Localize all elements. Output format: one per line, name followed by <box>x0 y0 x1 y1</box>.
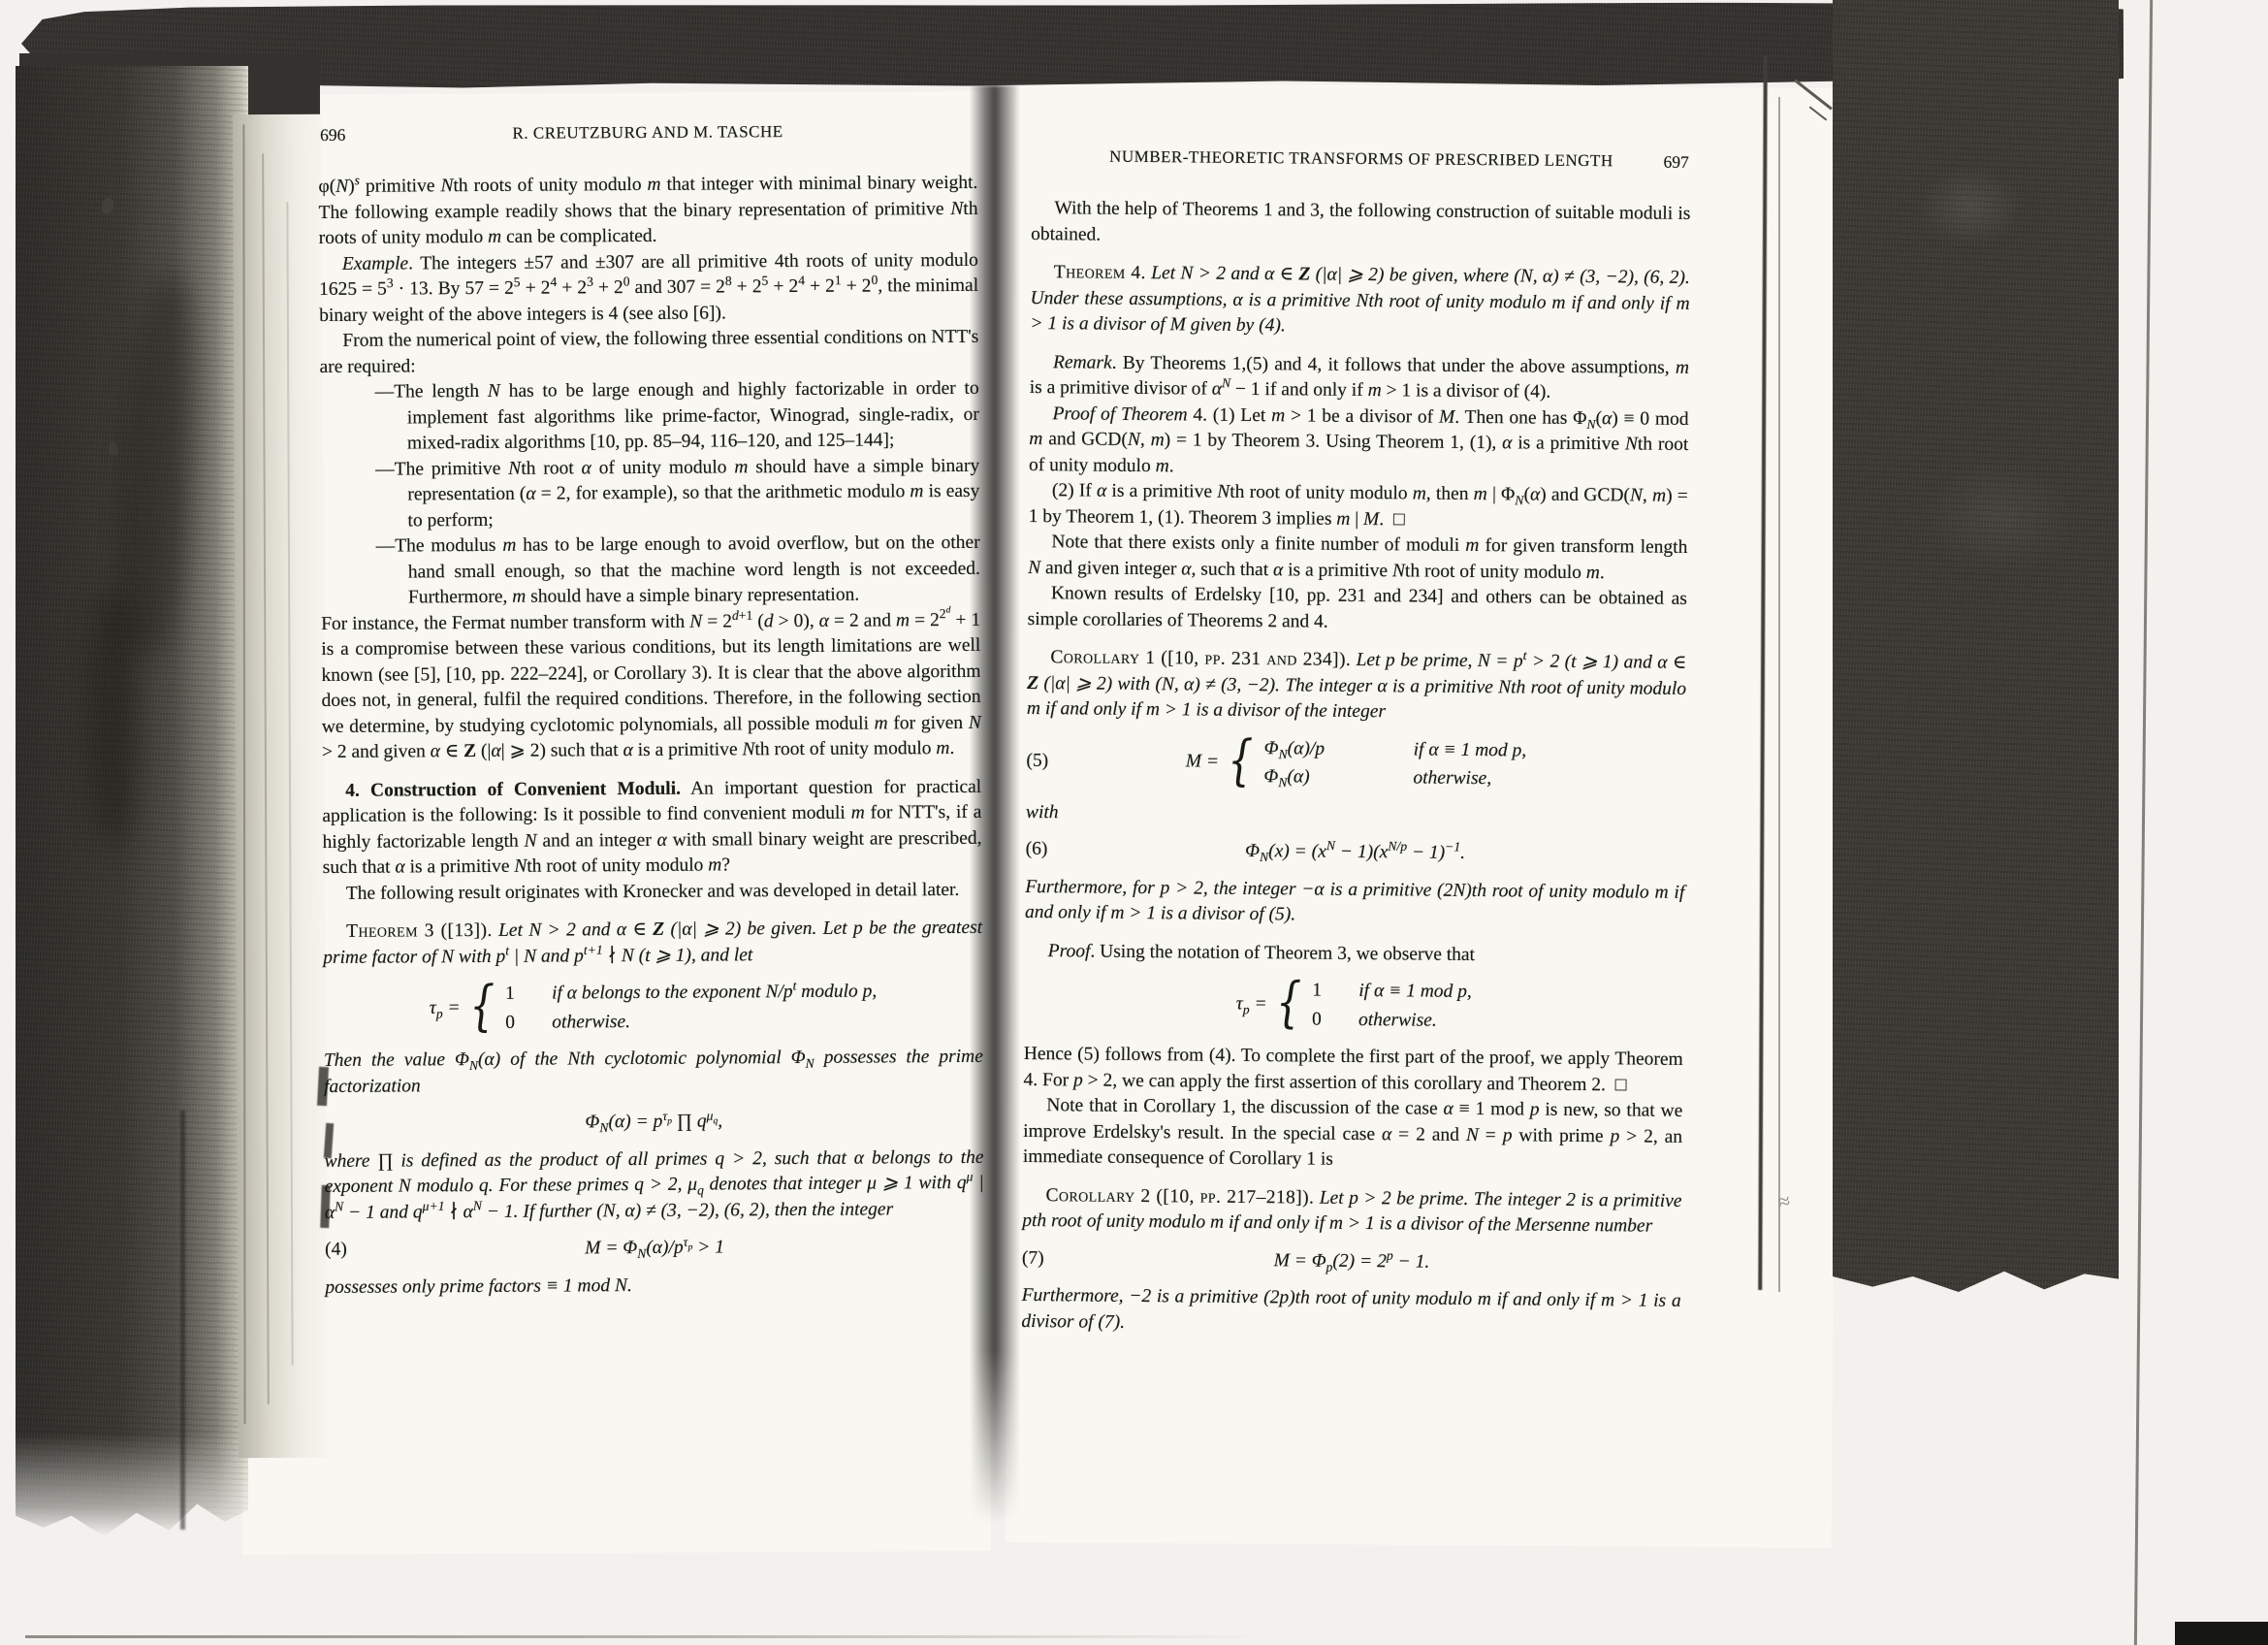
paragraph-known-results: Known results of Erdelsky [10, pp. 231 a… <box>1028 581 1687 638</box>
equation-7: (7) M = Φp(2) = 2p − 1. <box>1022 1245 1681 1276</box>
paragraph-help-theorems: With the help of Theorems 1 and 3, the f… <box>1031 196 1690 253</box>
scan-noise-texture <box>21 2 2124 90</box>
scan-top-shadow-band <box>21 2 2124 90</box>
right-running-head: NUMBER-THEORETIC TRANSFORMS OF PRESCRIBE… <box>1032 144 1691 175</box>
scan-bottom-line <box>25 1635 1266 1638</box>
running-head-title: NUMBER-THEORETIC TRANSFORMS OF PRESCRIBE… <box>1109 147 1613 171</box>
page-edge-line <box>242 124 245 1424</box>
equation-4: (4) M = ΦN(α)/pτp > 1 <box>325 1234 984 1264</box>
scan-noise-texture <box>1833 0 2119 1292</box>
paragraph-conditions-intro: From the numerical point of view, the fo… <box>319 325 978 380</box>
left-page-stack-edge <box>233 114 328 1458</box>
proof-theorem-4-part1: Proof of Theorem 4. (1) Let m > 1 be a d… <box>1029 401 1689 483</box>
equation-number: (5) <box>1026 748 1048 774</box>
corollary-1: Corollary 1 ([10, pp. 231 and 234]). Let… <box>1027 645 1687 727</box>
right-page-edge-line <box>1778 97 1780 1292</box>
equation-6-formula: ΦN(x) = (xN − 1)(xN/p − 1)−1. <box>1245 841 1465 863</box>
corollary-1-furthermore: Furthermore, for p > 2, the integer −α i… <box>1025 874 1684 931</box>
bullet-modulus: —The modulus m has to be large enough to… <box>408 531 980 611</box>
paragraph-note-erdelsky: Note that in Corollary 1, the discussion… <box>1023 1093 1683 1176</box>
page-number: 696 <box>320 122 345 148</box>
theorem-3-where-clause: where ∏ is defined as the product of all… <box>324 1145 983 1226</box>
ink-smudge <box>89 592 140 844</box>
paragraph-with: with <box>1026 799 1685 830</box>
corollary-2-furthermore: Furthermore, −2 is a primitive (2p)th ro… <box>1021 1283 1680 1340</box>
paragraph-kronecker: The following result originates with Kro… <box>323 877 982 907</box>
equation-5: (5) M = {ΦN(α)/pif α ≡ 1 mod p,ΦN(α)othe… <box>1026 733 1685 793</box>
bottom-right-black-mark <box>2175 1622 2268 1645</box>
copier-edge-line <box>2134 0 2153 1645</box>
equation-tau-corollary: τp = {1if α ≡ 1 mod p,0otherwise. <box>1024 976 1683 1036</box>
theorem-3-continuation: Then the value ΦN(α) of the Nth cyclotom… <box>324 1045 983 1100</box>
equation-phi-factorization: ΦN(α) = pτp ∏ qμq, <box>324 1108 983 1138</box>
equation-4-formula: M = ΦN(α)/pτp > 1 <box>585 1237 724 1258</box>
equation-5-formula: M = {ΦN(α)/pif α ≡ 1 mod p,ΦN(α)otherwis… <box>1186 751 1527 774</box>
paragraph-intro: φ(N)s primitive Nth roots of unity modul… <box>318 171 977 252</box>
equation-number: (6) <box>1026 837 1048 863</box>
page-number: 697 <box>1663 149 1688 176</box>
paragraph-fermat: For instance, the Fermat number transfor… <box>321 607 981 765</box>
paragraph-example: Example. The integers ±57 and ±307 are a… <box>319 247 978 329</box>
proof-corollary-1: Proof. Using the notation of Theorem 3, … <box>1025 938 1684 969</box>
theorem-3-closing: possesses only prime factors ≡ 1 mod N. <box>325 1271 984 1301</box>
theorem-4: Theorem 4. Let N > 2 and α ∈ Z (|α| ⩾ 2)… <box>1030 260 1690 342</box>
left-running-head: 696 R. CREUTZBURG AND M. TASCHE <box>318 118 977 147</box>
theorem-3: Theorem 3 ([13]). Let N > 2 and α ∈ Z (|… <box>323 916 982 971</box>
scanned-book-spread: ≈ 696 R. CREUTZBURG AND M. TASCHE φ(N)s … <box>0 0 2268 1645</box>
equation-tau-definition: τp = {1if α belongs to the exponent N/pt… <box>323 979 982 1037</box>
equation-7-formula: M = Φp(2) = 2p − 1. <box>1274 1250 1430 1272</box>
equation-number: (7) <box>1022 1245 1044 1272</box>
running-head-title: R. CREUTZBURG AND M. TASCHE <box>512 122 783 143</box>
corollary-2: Corollary 2 ([10, pp. 217–218]). Let p >… <box>1022 1182 1681 1240</box>
paragraph-remark: Remark. By Theorems 1,(5) and 4, it foll… <box>1030 349 1689 406</box>
page-edge-line <box>286 202 293 1366</box>
right-page-content: NUMBER-THEORETIC TRANSFORMS OF PRESCRIBE… <box>1021 144 1691 1340</box>
page-edge-line <box>262 153 270 1404</box>
equation-6: (6) ΦN(x) = (xN − 1)(xN/p − 1)−1. <box>1026 837 1685 868</box>
left-page-content: 696 R. CREUTZBURG AND M. TASCHE φ(N)s pr… <box>318 118 984 1301</box>
fold-crease-line <box>180 1111 185 1530</box>
equation-number: (4) <box>325 1238 347 1264</box>
bullet-primitive-root: —The primitive Nth root α of unity modul… <box>407 453 979 533</box>
scan-right-shadow-band <box>1833 0 2119 1292</box>
paragraph-hence: Hence (5) follows from (4). To complete … <box>1023 1042 1682 1099</box>
paragraph-note-finite-moduli: Note that there exists only a finite num… <box>1028 530 1687 587</box>
bullet-length: —The length N has to be large enough and… <box>407 376 979 457</box>
section-4-heading-paragraph: 4. Construction of Convenient Moduli. An… <box>322 774 982 881</box>
proof-theorem-4-part2: (2) If α is a primitive Nth root of unit… <box>1029 478 1688 535</box>
